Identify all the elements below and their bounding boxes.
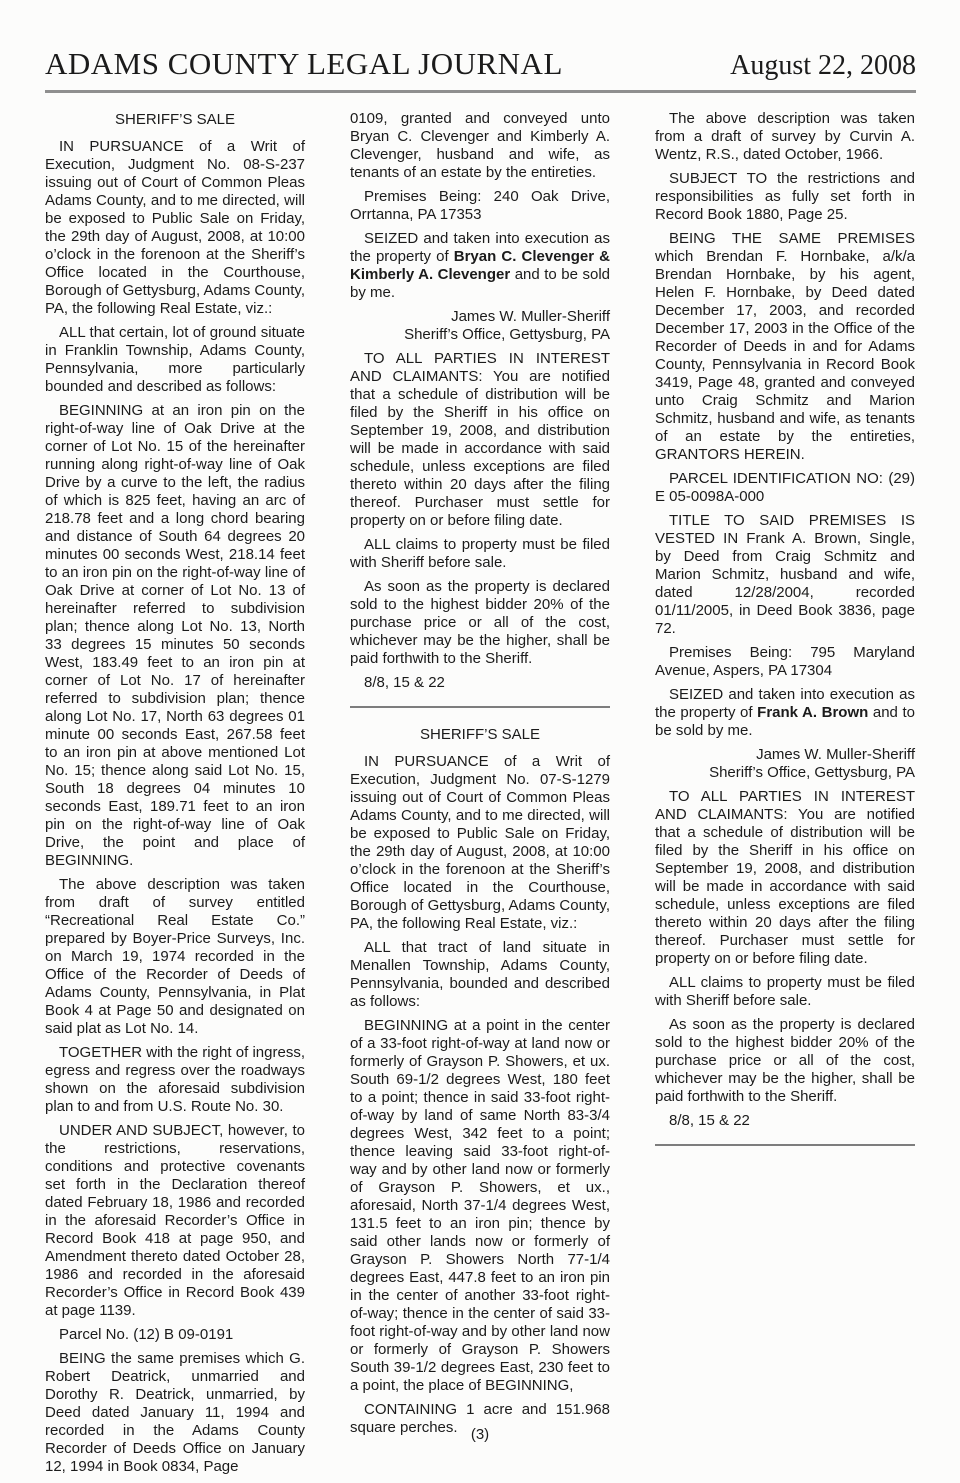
notice2-all-that-paragraph: ALL that tract of land situate in Menall… <box>350 939 610 1011</box>
column-2: 0109, granted and conveyed unto Bryan C.… <box>350 110 610 1482</box>
column-3: The above description was taken from a d… <box>655 110 915 1482</box>
notice2-description-paragraph: The above description was taken from a d… <box>655 110 915 164</box>
notice1-to-all-parties-paragraph: TO ALL PARTIES IN INTEREST AND CLAIMANTS… <box>350 350 610 530</box>
notice1-seized-paragraph: SEIZED and taken into execution as the p… <box>350 230 610 302</box>
notice2-pursuance-paragraph: IN PURSUANCE of a Writ of Execution, Jud… <box>350 753 610 933</box>
sheriff-name-line: James W. Muller-Sheriff <box>350 308 610 326</box>
notice1-beginning-paragraph: BEGINNING at an iron pin on the right-of… <box>45 402 305 870</box>
notice1-under-subject-paragraph: UNDER AND SUBJECT, however, to the restr… <box>45 1122 305 1320</box>
notice1-publication-dates: 8/8, 15 & 22 <box>350 674 610 692</box>
masthead: ADAMS COUNTY LEGAL JOURNAL August 22, 20… <box>0 0 960 82</box>
notice2-seized-paragraph: SEIZED and taken into execution as the p… <box>655 686 915 740</box>
issue-date: August 22, 2008 <box>730 50 916 82</box>
sheriff-office-line: Sheriff’s Office, Gettysburg, PA <box>655 764 915 782</box>
notice1-pursuance-paragraph: IN PURSUANCE of a Writ of Execution, Jud… <box>45 138 305 318</box>
notice1-all-claims-paragraph: ALL claims to property must be filed wit… <box>350 536 610 572</box>
notice-divider <box>350 706 610 708</box>
notice2-to-all-parties-paragraph: TO ALL PARTIES IN INTEREST AND CLAIMANTS… <box>655 788 915 968</box>
journal-title: ADAMS COUNTY LEGAL JOURNAL <box>45 46 563 82</box>
sheriff-office-line: Sheriff’s Office, Gettysburg, PA <box>350 326 610 344</box>
notice1-being-paragraph-part1: BEING the same premises which G. Robert … <box>45 1350 305 1476</box>
end-divider <box>655 1144 915 1146</box>
sheriff-name-line: James W. Muller-Sheriff <box>655 746 915 764</box>
notice2-title-vested-paragraph: TITLE TO SAID PREMISES IS VESTED IN Fran… <box>655 512 915 638</box>
notice2-signature-block: James W. Muller-Sheriff Sheriff’s Office… <box>655 746 915 782</box>
notice1-premises-paragraph: Premises Being: 240 Oak Drive, Orrtanna,… <box>350 188 610 224</box>
notice2-being-same-paragraph: BEING THE SAME PREMISES which Brendan F.… <box>655 230 915 464</box>
notice1-heading: SHERIFF’S SALE <box>45 111 305 129</box>
notice2-publication-dates: 8/8, 15 & 22 <box>655 1112 915 1130</box>
page-number: (3) <box>0 1426 960 1443</box>
notice2-premises-paragraph: Premises Being: 795 Maryland Avenue, Asp… <box>655 644 915 680</box>
notice1-being-paragraph-part2: 0109, granted and conveyed unto Bryan C.… <box>350 110 610 182</box>
notice2-defendant-name: Frank A. Brown <box>757 704 868 721</box>
notice1-signature-block: James W. Muller-Sheriff Sheriff’s Office… <box>350 308 610 344</box>
notice1-all-that-paragraph: ALL that certain, lot of ground situate … <box>45 324 305 396</box>
notice2-beginning-paragraph: BEGINNING at a point in the center of a … <box>350 1017 610 1395</box>
notice1-together-paragraph: TOGETHER with the right of ingress, egre… <box>45 1044 305 1116</box>
column-1: SHERIFF’S SALE IN PURSUANCE of a Writ of… <box>45 110 305 1482</box>
legal-journal-page: ADAMS COUNTY LEGAL JOURNAL August 22, 20… <box>0 0 960 1483</box>
notice2-all-claims-paragraph: ALL claims to property must be filed wit… <box>655 974 915 1010</box>
notice1-as-soon-paragraph: As soon as the property is declared sold… <box>350 578 610 668</box>
notice2-subject-to-paragraph: SUBJECT TO the restrictions and responsi… <box>655 170 915 224</box>
notice1-description-paragraph: The above description was taken from dra… <box>45 876 305 1038</box>
notice1-parcel-paragraph: Parcel No. (12) B 09-0191 <box>45 1326 305 1344</box>
notice2-parcel-id-paragraph: PARCEL IDENTIFICATION NO: (29) E 05-0098… <box>655 470 915 506</box>
columns-container: SHERIFF’S SALE IN PURSUANCE of a Writ of… <box>0 93 960 1482</box>
notice2-as-soon-paragraph: As soon as the property is declared sold… <box>655 1016 915 1106</box>
notice2-heading: SHERIFF’S SALE <box>350 726 610 744</box>
